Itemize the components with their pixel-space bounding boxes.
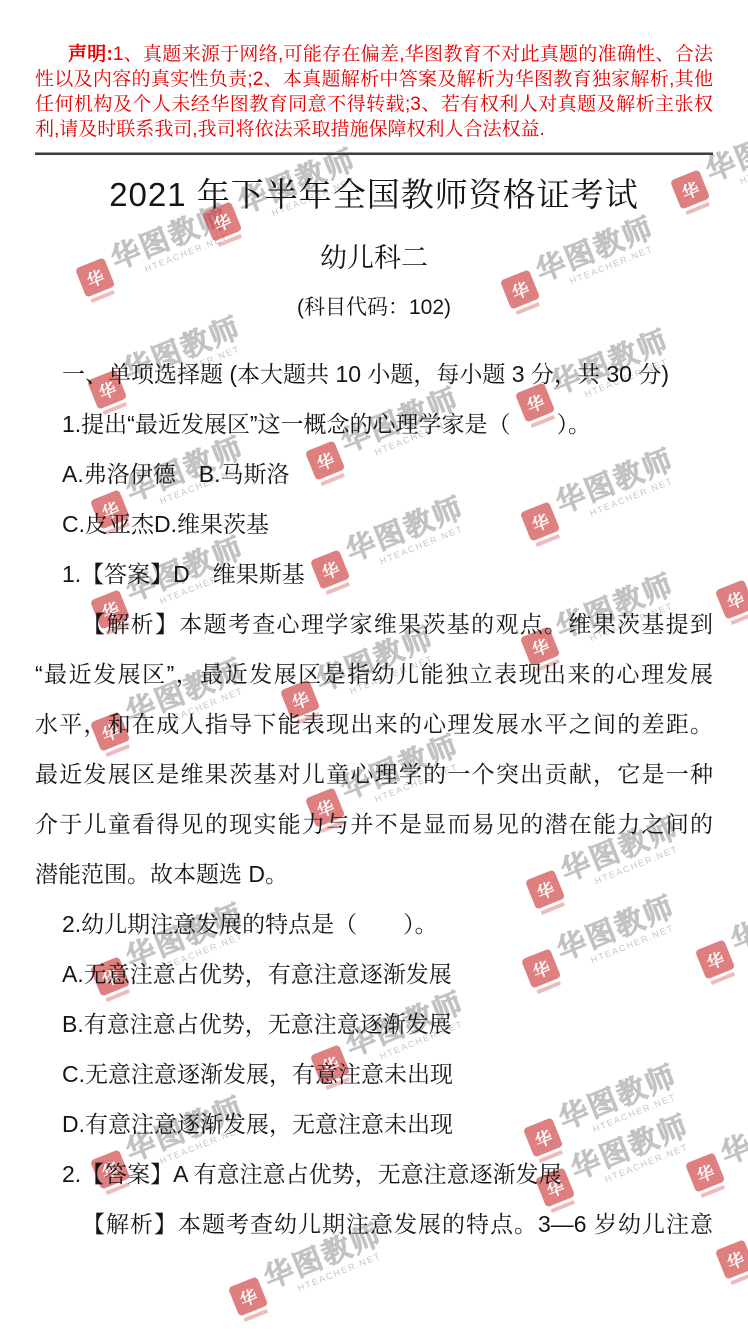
question-2-option-d-line: D.有意注意逐渐发展，无意注意未出现 <box>35 1099 713 1149</box>
watermark-domain: HTEACHER.NET <box>296 1251 382 1294</box>
analysis-1-line: 潜能范围。故本题选 D。 <box>35 849 713 899</box>
analysis-1-line: 最近发展区是维果茨基对儿童心理学的一个突出贡献，它是一种 <box>35 749 713 799</box>
question-1-options-cd-line: C.皮亚杰D.维果茨基 <box>35 499 713 549</box>
answer-2-line: 2.【答案】A 有意注意占优势，无意注意逐渐发展 <box>35 1149 713 1199</box>
subject-code: (科目代码：102) <box>0 295 748 321</box>
analysis-2-line: 【解析】本题考查幼儿期注意发展的特点。3—6 岁幼儿注意 <box>35 1199 713 1249</box>
disclaimer-text: 声明:1、真题来源于网络,可能存在偏差,华图教育不对此真题的准确性、合法性以及内… <box>35 42 713 142</box>
question-1-options-ab-line: A.弗洛伊德 B.马斯洛 <box>35 449 713 499</box>
huatu-logo-icon: 华 <box>228 1276 268 1316</box>
analysis-1-line: 【解析】本题考查心理学家维果茨基的观点。维果茨基提到 <box>35 599 713 649</box>
question-1-line: 1.提出“最近发展区”这一概念的心理学家是（ ）。 <box>35 399 713 449</box>
question-2-option-a-line: A.无意注意占优势，有意注意逐渐发展 <box>35 949 713 999</box>
question-2-option-c-line: C.无意注意逐渐发展，有意注意未出现 <box>35 1049 713 1099</box>
question-2-line: 2.幼儿期注意发展的特点是（ ）。 <box>35 899 713 949</box>
analysis-1-line: 水平，和在成人指导下能表现出来的心理发展水平之间的差距。 <box>35 699 713 749</box>
page-title: 2021 年下半年全国教师资格证考试 <box>0 175 748 215</box>
disclaimer-body: 1、真题来源于网络,可能存在偏差,华图教育不对此真题的准确性、合法性以及内容的真… <box>35 44 713 140</box>
answer-1-line: 1.【答案】D 维果斯基 <box>35 549 713 599</box>
horizontal-rule <box>35 152 713 155</box>
analysis-1-line: 介于儿童看得见的现实能力与并不是显而易见的潜在能力之间的 <box>35 799 713 849</box>
analysis-1-line: “最近发展区”，最近发展区是指幼儿能独立表现出来的心理发展 <box>35 649 713 699</box>
exam-body: 一、单项选择题 (本大题共 10 小题，每小题 3 分，共 30 分)1.提出“… <box>35 349 713 1249</box>
exam-document-page: 华华图教师HTEACHER.NET华华图教师HTEACHER.NET华华图教师H… <box>0 0 748 1335</box>
document-content: 声明:1、真题来源于网络,可能存在偏差,华图教育不对此真题的准确性、合法性以及内… <box>0 42 748 1249</box>
disclaimer-label: 声明: <box>68 44 113 65</box>
subject-title: 幼儿科二 <box>0 241 748 275</box>
section-heading-line: 一、单项选择题 (本大题共 10 小题，每小题 3 分，共 30 分) <box>35 349 713 399</box>
question-2-option-b-line: B.有意注意占优势，无意注意逐渐发展 <box>35 999 713 1049</box>
